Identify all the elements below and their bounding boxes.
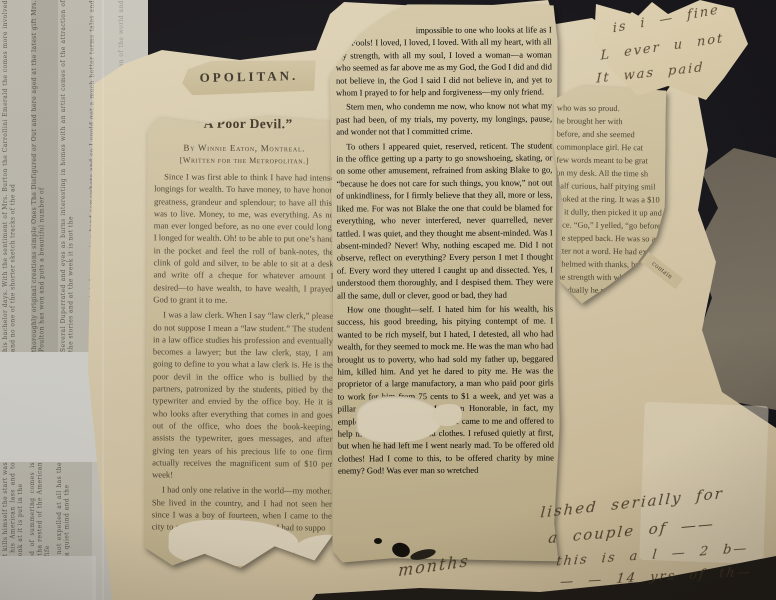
newsprint-column: his bachelor days. With the sentiment of… [2, 0, 29, 352]
fragment-line: half curious, half pitying smil [556, 179, 663, 193]
paragraph: How one thought—self. I hated him for hi… [331, 302, 560, 477]
newsprint-column: Several Duperrated and eyes as burns int… [60, 0, 87, 352]
fragment-line: before, and she seemed [557, 127, 664, 141]
paragraph: Stern men, who condemn me now, who know … [330, 100, 558, 138]
paragraph: Since I was first able to think I have h… [146, 170, 341, 307]
paragraph: impossible to one who looks at life as I… [330, 23, 558, 99]
torn-hole [432, 404, 462, 426]
fragment-line: Gradually he recovered himself, [555, 283, 662, 297]
fragment-line: on my desk. All the time sh [556, 166, 663, 180]
newsprint-column: thoroughly original creations simple One… [31, 0, 58, 352]
article-byline: By Winnie Eaton, Montreal. [151, 142, 337, 153]
fragment-line: looked at the ring. It was a $10 [556, 192, 663, 206]
fragment-line: face. “Go,” I yelled, “go before [556, 218, 663, 232]
pale-paper-corner [0, 556, 96, 600]
fragment-line: the strength with which I flung [555, 270, 662, 284]
paragraph: I was a law clerk. When I say “law clerk… [145, 309, 340, 483]
fragment-line: He stepped back. He was so am [555, 231, 662, 245]
fragment-line: who was so proud. [557, 101, 664, 115]
ink-spot [374, 538, 382, 544]
fragment-line: he brought her with [557, 114, 664, 128]
article-column1-text: Since I was first able to think I have h… [145, 170, 342, 534]
torn-area [168, 519, 298, 566]
article-title: “A Poor Devil.” [151, 115, 337, 132]
article-clipping-column2: impossible to one who looks at life as I… [331, 4, 559, 562]
article-credit: [Written for the Metropolitan.] [151, 155, 337, 165]
article-clipping-fragment: who was so proud. he brought her with be… [553, 86, 665, 306]
fragment-line: few words meant to be grat [556, 153, 663, 167]
article-clipping-column1: “A Poor Devil.” By Winnie Eaton, Montrea… [146, 104, 340, 572]
paragraph: To others I appeared quiet, reserved, re… [330, 139, 559, 301]
scrapbook-photo: his bachelor days. With the sentiment of… [0, 0, 776, 600]
masthead-text: OPOLITAN. [200, 68, 299, 86]
fragment-line: commonplace girl. He cat [556, 140, 663, 154]
torn-hole [356, 396, 442, 442]
sleeve-crease-line [102, 0, 104, 600]
fragment-line: at it dully, then picked it up and [556, 205, 663, 219]
backing-light-patch [639, 402, 768, 564]
